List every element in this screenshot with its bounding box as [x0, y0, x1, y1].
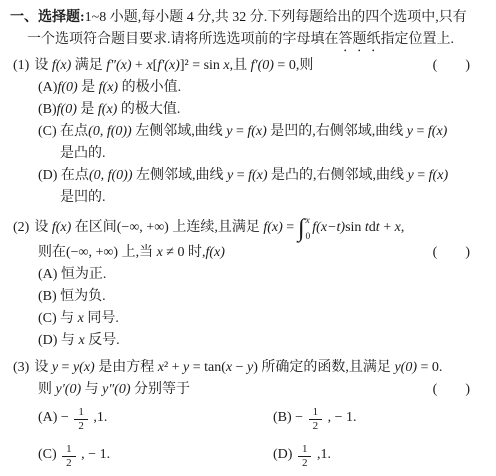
q1-stem: (1)设 f(x) 满足 f″(x) + x[f′(x)]² = sin x,且…: [13, 55, 496, 77]
q1-option-d-continuation: 是凹的.: [60, 187, 496, 209]
text-run: 则: [38, 382, 56, 397]
text-run: 满足: [71, 58, 106, 73]
q1-option-c: (C) 在点(0, f(0)) 左侧邻域,曲线 y = f(x) 是凹的,右侧邻…: [38, 121, 496, 143]
text-run: ]² = sin: [180, 58, 224, 73]
math-run: f(0): [57, 80, 77, 95]
q2-option-c: (C) 与 x 同号.: [38, 308, 496, 330]
section-intro-line1: 1~8 小题,每小题 4 分,共 32 分.下列每题给出的四个选项中,只有: [85, 10, 467, 25]
math-run: f(x): [52, 220, 71, 235]
text-run: ,1.: [313, 447, 331, 462]
text-run: (A) −: [38, 410, 72, 425]
text-run: sin: [345, 220, 365, 235]
text-run: ) 所确定的函数,且满足: [253, 360, 394, 375]
text-run: 左侧邻域,曲线: [132, 168, 227, 183]
text-run: (D): [273, 447, 296, 462]
math-run: (0, f(0)): [88, 124, 132, 139]
math-run: y′(0): [56, 382, 82, 397]
text-run: ,1.: [90, 410, 108, 425]
text-run: 同号.: [84, 311, 119, 326]
text-run: 则在(−∞, +∞) 上,当: [38, 245, 157, 260]
q3-options-row2: (C) 12 , − 1. (D) 12 ,1.: [38, 438, 496, 475]
q2-option-a: (A) 恒为正.: [38, 264, 496, 286]
section-title: 一、选择题:: [10, 10, 85, 25]
answer-bracket: ( ): [433, 242, 470, 264]
text-run: 是凹的,右侧邻域,曲线: [267, 124, 407, 139]
integral-limits: x0: [306, 216, 311, 242]
text-run: ≠ 0 时,: [163, 245, 206, 260]
q3-option-c: (C) 12 , − 1.: [38, 443, 273, 470]
text-run: −: [232, 360, 247, 375]
integral-symbol: ∫: [298, 218, 305, 240]
math-run: y(0): [394, 360, 417, 375]
fraction-numerator: 1: [309, 406, 323, 419]
math-run: f′(0): [251, 58, 274, 73]
exam-page: 一、选择题:1~8 小题,每小题 4 分,共 32 分.下列每题给出的四个选项中…: [0, 0, 496, 476]
q3-stem-line2: 则 y′(0) 与 y″(0) 分别等于 ( ): [38, 379, 496, 401]
text-run: 分别等于: [130, 382, 190, 397]
q1-option-a: (A)f(0) 是 f(x) 的极小值.: [38, 77, 496, 99]
section-header-line1: 一、选择题:1~8 小题,每小题 4 分,共 32 分.下列每题给出的四个选项中…: [10, 7, 496, 29]
q1-number: (1): [13, 58, 29, 73]
section-intro-line2-before: 一个选项符合题目要求.请将所选选项前的字母填在: [27, 32, 339, 47]
text-run: 是凸的,右侧邻域,曲线: [268, 168, 408, 183]
text-run: 在区间(−∞, +∞) 上连续,且满足: [71, 220, 263, 235]
text-run: (C): [38, 447, 60, 462]
fraction-denominator: 2: [298, 456, 312, 470]
text-run: (D) 与: [38, 333, 78, 348]
text-run: (A): [38, 80, 57, 95]
math-run: f′(x): [157, 58, 180, 73]
text-run: , − 1.: [78, 447, 110, 462]
text-run: 设: [34, 58, 52, 73]
q3-number: (3): [13, 360, 29, 375]
fraction-denominator: 2: [62, 456, 76, 470]
text-run: 反号.: [85, 333, 120, 348]
text-run: = tan(: [189, 360, 226, 375]
text-run: 是: [78, 80, 99, 95]
q2-option-b: (B) 恒为负.: [38, 286, 496, 308]
text-run: 的极大值.: [117, 102, 180, 117]
text-run: =: [58, 360, 73, 375]
q3-stem2-formula: 则 y′(0) 与 y″(0) 分别等于: [38, 382, 190, 397]
math-run: f(0): [57, 102, 77, 117]
math-run: f(x): [248, 168, 267, 183]
q3-options-row1: (A) − 12 ,1. (B) − 12 , − 1.: [38, 401, 496, 438]
q3-option-d: (D) 12 ,1.: [273, 443, 496, 470]
text-run: (B): [38, 102, 57, 117]
q1-option-c-continuation: 是凸的.: [60, 143, 496, 165]
text-run: ,: [401, 220, 405, 235]
fraction-numerator: 1: [298, 443, 312, 456]
q1-option-b: (B)f(0) 是 f(x) 的极大值.: [38, 99, 496, 121]
fraction-numerator: 1: [74, 406, 88, 419]
text-run: (C) 与: [38, 311, 78, 326]
math-run: f(x): [428, 124, 447, 139]
text-run: 是由方程: [95, 360, 158, 375]
text-run: (C) 在点: [38, 124, 88, 139]
text-run: =: [283, 220, 298, 235]
q2-option-d: (D) 与 x 反号.: [38, 330, 496, 352]
q1-stem-formula: 设 f(x) 满足 f″(x) + x[f′(x)]² = sin x,且 f′…: [34, 58, 313, 73]
text-run: ² +: [164, 360, 183, 375]
math-run: f(x): [429, 168, 448, 183]
text-run: = 0.: [417, 360, 442, 375]
q3-stem-formula: 设 y = y(x) 是由方程 x² + y = tan(x − y) 所确定的…: [34, 360, 442, 375]
math-run: (0, f(0)): [89, 168, 133, 183]
text-run: (B) −: [273, 410, 307, 425]
text-run: =: [414, 168, 429, 183]
fraction-denominator: 2: [74, 419, 88, 433]
answer-bracket: ( ): [433, 379, 470, 401]
math-run: f(x): [205, 245, 224, 260]
text-run: 左侧邻域,曲线: [132, 124, 227, 139]
fraction-denominator: 2: [309, 419, 323, 433]
text-run: = 0,则: [274, 58, 313, 73]
section-header-line2: 一个选项符合题目要求.请将所选选项前的字母填在答题纸指定位置上.: [27, 29, 496, 55]
fraction: 12: [62, 443, 76, 470]
math-run: f(x): [99, 80, 118, 95]
fraction-numerator: 1: [62, 443, 76, 456]
text-run: =: [233, 168, 248, 183]
math-run: f(x): [98, 102, 117, 117]
text-run: 是: [77, 102, 98, 117]
text-run: =: [413, 124, 428, 139]
q2-stem: (2)设 f(x) 在区间(−∞, +∞) 上连续,且满足 f(x) = ∫x0…: [13, 214, 496, 242]
section-intro-line2-after: 指定位置上.: [381, 32, 455, 47]
math-run: y″(0): [102, 382, 130, 397]
math-run: f(x−t): [312, 220, 345, 235]
fraction: 12: [298, 443, 312, 470]
fraction: 12: [309, 406, 323, 433]
integral-lower-limit: 0: [306, 232, 311, 242]
text-run: 与: [81, 382, 102, 397]
q2-stem2-formula: 则在(−∞, +∞) 上,当 x ≠ 0 时,f(x): [38, 245, 225, 260]
math-run: f(x): [247, 124, 266, 139]
text-run: 的极小值.: [118, 80, 181, 95]
q3-stem: (3)设 y = y(x) 是由方程 x² + y = tan(x − y) 所…: [13, 357, 496, 379]
text-run: 设: [34, 360, 52, 375]
text-run: , − 1.: [324, 410, 356, 425]
fraction: 12: [74, 406, 88, 433]
math-run: f(x): [263, 220, 282, 235]
q2-number: (2): [13, 220, 29, 235]
answer-bracket: ( ): [433, 55, 470, 77]
integral-upper-limit: x: [306, 216, 311, 226]
q2-stem-formula: 设 f(x) 在区间(−∞, +∞) 上连续,且满足 f(x) = ∫x0f(x…: [34, 220, 404, 235]
q3-option-b: (B) − 12 , − 1.: [273, 406, 496, 433]
math-run: f″(x): [106, 58, 131, 73]
integral: ∫x0: [298, 216, 313, 242]
text-run: +: [380, 220, 395, 235]
text-run: 设: [34, 220, 52, 235]
q2-stem-line2: 则在(−∞, +∞) 上,当 x ≠ 0 时,f(x) ( ): [38, 242, 496, 264]
text-run: d: [369, 220, 376, 235]
q3-option-a: (A) − 12 ,1.: [38, 406, 273, 433]
text-run: +: [132, 58, 147, 73]
text-run: =: [232, 124, 247, 139]
emphasized-text: 答题纸: [339, 32, 381, 47]
q1-option-d: (D) 在点(0, f(0)) 左侧邻域,曲线 y = f(x) 是凸的,右侧邻…: [38, 165, 496, 187]
math-run: f(x): [52, 58, 71, 73]
text-run: (D) 在点: [38, 168, 89, 183]
text-run: ,且: [230, 58, 251, 73]
math-run: y(x): [73, 360, 95, 375]
